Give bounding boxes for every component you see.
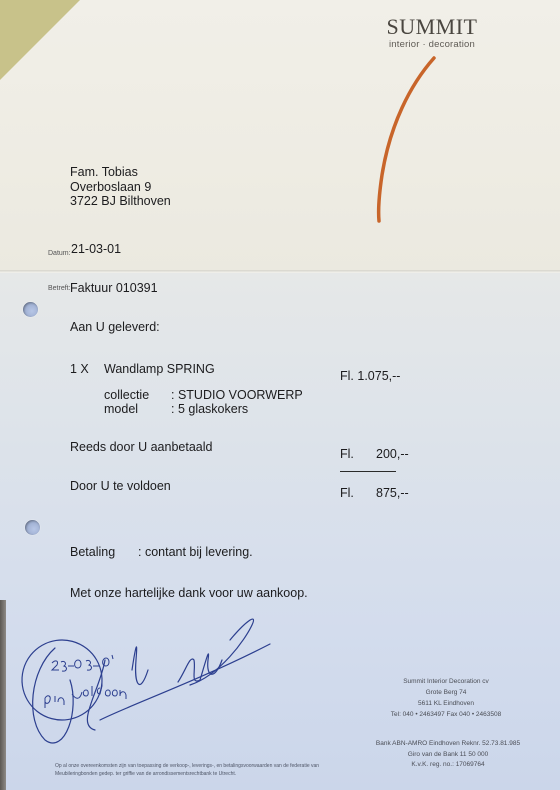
footer-phone: Tel: 040 • 2463497 Fax 040 • 2463508 bbox=[366, 709, 526, 720]
company-logo: SUMMIT interior · decoration bbox=[382, 16, 482, 50]
punch-hole-icon bbox=[25, 520, 40, 535]
subject-value: Faktuur 010391 bbox=[70, 281, 158, 295]
company-tagline: interior · decoration bbox=[382, 39, 482, 50]
delivered-heading: Aan U geleverd: bbox=[70, 320, 160, 334]
item-description: Wandlamp SPRING bbox=[104, 362, 215, 376]
recipient-name: Fam. Tobias bbox=[70, 165, 138, 179]
thanks-text: Met onze hartelijke dank voor uw aankoop… bbox=[70, 586, 308, 600]
item-quantity: 1 X bbox=[70, 362, 89, 376]
detail-value-model: : 5 glaskokers bbox=[171, 402, 248, 416]
terms-disclaimer: Op al onze overeenkomsten zijn van toepa… bbox=[55, 762, 335, 778]
footer-company: Summit Interior Decoration cv bbox=[366, 676, 526, 687]
giro: Giro van de Bank 11 50 000 bbox=[348, 750, 548, 761]
item-price: Fl. 1.075,-- bbox=[340, 369, 400, 383]
company-name: SUMMIT bbox=[382, 16, 482, 38]
payment-value: : contant bij levering. bbox=[138, 545, 253, 559]
recipient-city: 3722 BJ Bilthoven bbox=[70, 194, 171, 208]
prepaid-value: 200,-- bbox=[376, 447, 408, 461]
kvk-number: K.v.K. reg. no.: 17069764 bbox=[348, 760, 548, 771]
prepaid-label: Reeds door U aanbetaald bbox=[70, 440, 212, 454]
footer-bank: Bank ABN-AMRO Eindhoven Reknr. 52.73.81.… bbox=[348, 739, 548, 771]
footer-address: Summit Interior Decoration cv Grote Berg… bbox=[366, 676, 526, 720]
prepaid-amount: Fl.200,-- bbox=[340, 447, 408, 461]
item-price-value: 1.075,-- bbox=[357, 369, 400, 383]
detail-label-model: model bbox=[104, 402, 138, 416]
item-currency: Fl. bbox=[340, 369, 354, 383]
date-label: Datum: bbox=[48, 250, 71, 257]
sum-divider bbox=[340, 471, 396, 472]
due-value: 875,-- bbox=[376, 486, 408, 500]
swoosh-icon bbox=[370, 55, 440, 225]
payment-label: Betaling bbox=[70, 545, 115, 559]
due-amount: Fl.875,-- bbox=[340, 486, 408, 500]
folded-corner bbox=[0, 0, 80, 80]
due-label: Door U te voldoen bbox=[70, 479, 171, 493]
subject-label: Betreft: bbox=[48, 285, 71, 292]
due-currency: Fl. bbox=[340, 486, 376, 500]
handwritten-signature bbox=[0, 600, 290, 760]
footer-city: 5611 KL Eindhoven bbox=[366, 698, 526, 709]
bank-account: Bank ABN-AMRO Eindhoven Reknr. 52.73.81.… bbox=[348, 739, 548, 750]
detail-value-collection: : STUDIO VOORWERP bbox=[171, 388, 303, 402]
punch-hole-icon bbox=[23, 302, 38, 317]
date-value: 21-03-01 bbox=[71, 242, 121, 256]
prepaid-currency: Fl. bbox=[340, 447, 376, 461]
footer-street: Grote Berg 74 bbox=[366, 687, 526, 698]
detail-label-collection: collectie bbox=[104, 388, 149, 402]
recipient-street: Overboslaan 9 bbox=[70, 180, 151, 194]
fold-line bbox=[0, 270, 560, 273]
